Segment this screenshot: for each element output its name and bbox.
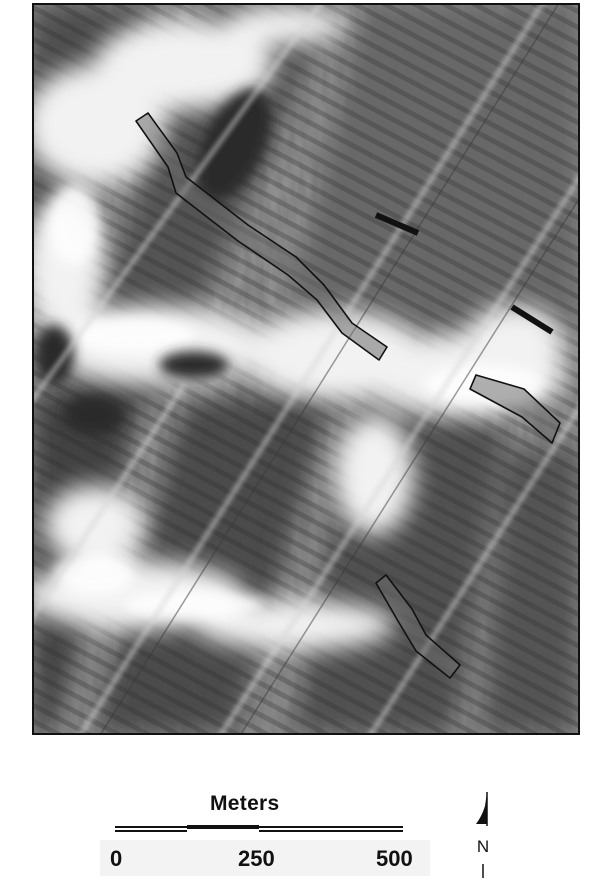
aerial-map <box>32 3 580 735</box>
north-label: N <box>477 837 489 856</box>
scale-label-500: 500 <box>376 846 413 872</box>
north-arrow-icon: N <box>470 786 496 882</box>
scale-bar <box>115 826 403 834</box>
scale-bar-title: Meters <box>210 792 280 816</box>
scale-segment-2 <box>187 825 259 830</box>
scale-label-250: 250 <box>238 846 275 872</box>
scale-label-0: 0 <box>110 846 122 872</box>
north-arrow: N <box>470 786 496 882</box>
scale-segment-1 <box>115 826 187 832</box>
scale-segment-3 <box>259 826 403 832</box>
aerial-image <box>34 5 578 733</box>
